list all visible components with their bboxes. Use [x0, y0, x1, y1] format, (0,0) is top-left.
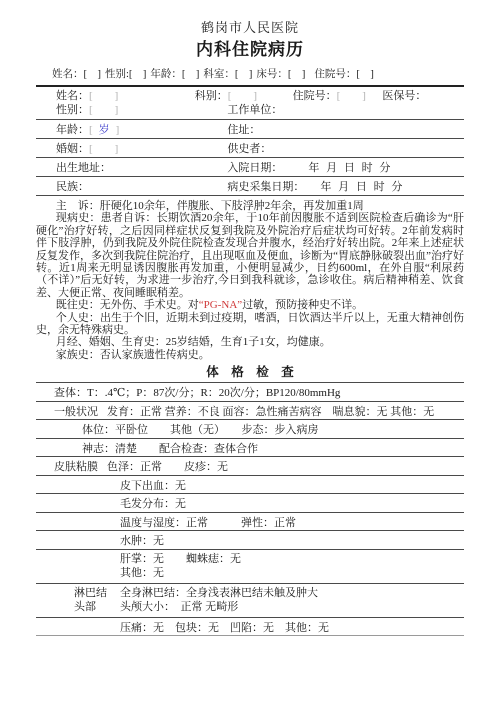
admission-no-field: 住院号：[ ] — [293, 89, 383, 103]
past-history: 既往史：无外伤、手术史。对“PG-NA”过敏，预防接种史不详。 — [36, 299, 464, 311]
present-illness: 现病史：患者自诉：长期饮酒20余年，于10年前因腹胀不适到医院检查后确诊为“肝硬… — [36, 212, 464, 299]
lymph-head-row: 淋巴结全身淋巴结：全身浅表淋巴结未触及肿大 头部头颅大小： 正常 无畸形 — [36, 584, 464, 618]
skin-label: 皮肤粘膜 — [36, 458, 107, 474]
header-fields-line: 姓名：[ ]性别:[ ]年龄：[ ]科室：[ ]床号：[ ]住院号：[ ] — [36, 68, 464, 82]
name-field: 姓名：[ ] — [56, 89, 195, 103]
fill-in-bracket: [ ] — [89, 90, 118, 102]
department-field: 科别：[ ] — [195, 89, 293, 103]
header-field-admission-no: 住院号：[ ] — [314, 69, 374, 80]
hair-distribution-row: 毛发分布：无 — [36, 494, 464, 513]
gender-field: 性别：[ ] — [56, 103, 195, 117]
liver-palms-row: 肝掌：无 蜘蛛痣：无 其他：无 — [36, 550, 464, 584]
header-field-gender: 性别:[ ] — [105, 69, 146, 80]
address-field: 住址： — [227, 121, 464, 137]
temperature-humidity-row: 温度与湿度：正常 弹性：正常 — [36, 513, 464, 532]
family-history: 家族史：否认家族遗性传病史。 — [36, 349, 464, 361]
fill-in-bracket: [ ] — [89, 143, 118, 155]
chief-complaint-label: 主 诉： — [56, 200, 100, 212]
subcutaneous-bleeding-row: 皮下出血：无 — [36, 476, 464, 495]
fill-in-bracket: [ ] — [89, 104, 118, 116]
age-unit: 岁 — [93, 124, 116, 136]
head-palpation-row: 压痛：无 包块：无 凹陷：无 其他：无 — [36, 618, 464, 637]
hospital-name: 鹤岗市人民医院 — [36, 20, 464, 36]
vitals-row: 查体：T：.4℃；P：87次/分；R：20次/分；BP120/80mmHg — [36, 383, 464, 402]
head-label: 头部 — [36, 600, 120, 615]
general-status-label: 一般状况 — [36, 403, 107, 419]
admission-date-field: 入院日期：年 月 日 时 分 — [227, 159, 464, 175]
work-unit-field: 工作单位： — [227, 103, 282, 117]
header-field-bed: 床号：[ ] — [256, 69, 305, 80]
physical-exam-heading: 体 格 检 查 — [36, 364, 464, 380]
info-row-birthplace: 出生地址： 入院日期：年 月 日 时 分 — [36, 158, 464, 177]
edema-row: 水肿：无 — [36, 531, 464, 550]
medical-record-page: 鹤岗市人民医院 内科住院病历 姓名：[ ]性别:[ ]年龄：[ ]科室：[ ]床… — [0, 0, 500, 707]
insurance-no-field: 医保号： — [382, 89, 464, 103]
past-history-label: 既往史： — [56, 299, 100, 311]
birthplace-field: 出生地址： — [56, 159, 227, 175]
history-narrative: 主 诉：肝硬化10余年，伴腹胀、下肢浮肿2年余，再发加重1周 现病史：患者自诉：… — [36, 200, 464, 361]
skin-row: 皮肤粘膜色泽：正常 皮疹：无 — [36, 457, 464, 476]
personal-history-label: 个人史： — [56, 312, 100, 324]
info-row-identity: 姓名：[ ] 科别：[ ] 住院号：[ ] 医保号： 性别：[ ] 工作单位： — [36, 87, 464, 120]
obstetric-history-label: 月经、婚姻、生育史： — [56, 336, 166, 348]
fill-in-bracket: [ ] — [337, 90, 366, 102]
head-subrow: 头部头颅大小： 正常 无畸形 — [36, 600, 464, 615]
ethnicity-field: 民族： — [56, 178, 227, 194]
marriage-field: 婚姻：[ ] — [56, 140, 227, 156]
history-date-field: 病史采集日期：年 月 日 时 分 — [227, 178, 464, 194]
lymph-subrow: 淋巴结全身淋巴结：全身浅表淋巴结未触及肿大 — [36, 586, 464, 601]
position-row: 体位：平卧位 其他（无） 步态：步入病房 — [36, 420, 464, 439]
fill-in-bracket: [ ] — [228, 90, 257, 102]
chief-complaint: 主 诉：肝硬化10余年，伴腹胀、下肢浮肿2年余，再发加重1周 — [36, 200, 464, 212]
info-row-ethnicity: 民族： 病史采集日期：年 月 日 时 分 — [36, 177, 464, 196]
header-field-age: 年龄：[ ] — [150, 69, 199, 80]
present-illness-label: 现病史： — [56, 212, 101, 224]
header-field-department: 科室：[ ] — [203, 69, 252, 80]
allergen-text: “PG-NA” — [199, 299, 242, 311]
family-history-label: 家族史： — [56, 349, 100, 361]
lymph-label: 淋巴结 — [36, 586, 120, 601]
history-provider-field: 供史者： — [227, 140, 464, 156]
patient-info-table: 姓名：[ ] 科别：[ ] 住院号：[ ] 医保号： 性别：[ ] 工作单位： … — [36, 85, 464, 196]
document-title: 内科住院病历 — [36, 38, 464, 62]
personal-history: 个人史：出生于个旧，近期未到过疫期，嗜酒，日饮酒达半斤以上，无重大精神创伤史，余… — [36, 312, 464, 337]
header-field-name: 姓名：[ ] — [52, 69, 101, 80]
age-field: 年龄：[岁] — [56, 121, 227, 137]
obstetric-history: 月经、婚姻、生育史：25岁结婚，生育1子1女，均健康。 — [36, 336, 464, 348]
info-row-age: 年龄：[岁] 住址： — [36, 120, 464, 139]
consciousness-row: 神志：清楚 配合检查：查体合作 — [36, 439, 464, 458]
physical-exam-table: 查体：T：.4℃；P：87次/分；R：20次/分；BP120/80mmHg 一般… — [36, 382, 464, 636]
info-row-marriage: 婚姻：[ ] 供史者： — [36, 139, 464, 158]
general-status-row: 一般状况发育：正常 营养：不良 面容：急性痛苦病容 喘息貌：无 其他：无 — [36, 402, 464, 421]
